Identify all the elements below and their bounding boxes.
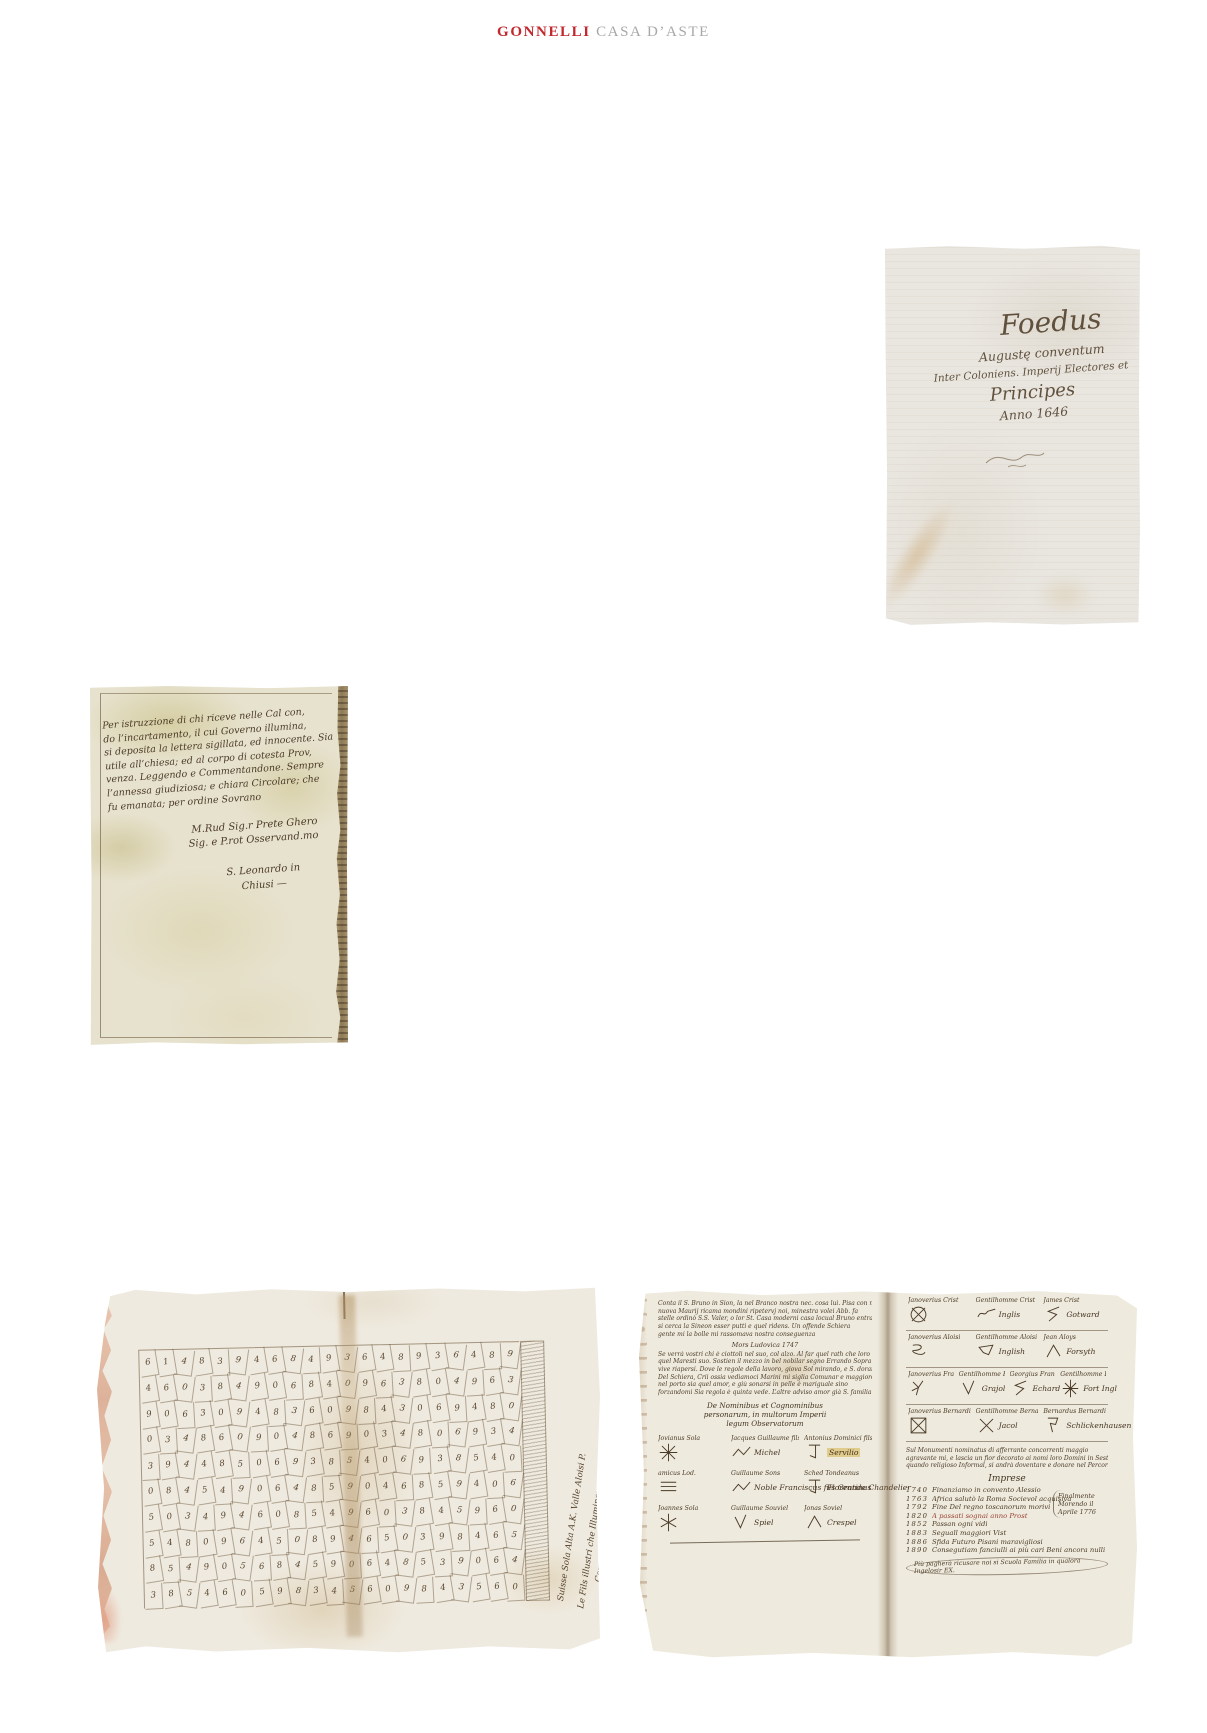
- table-cell: 0: [506, 1575, 526, 1602]
- table-cell: 6: [252, 1555, 272, 1582]
- symbol-row: Janoverius AloisiGentilhomme AloisiIngli…: [908, 1334, 1106, 1362]
- xbox-constellation-icon: [908, 1415, 929, 1436]
- xcircle-constellation-icon: [908, 1304, 929, 1325]
- heading-line: personarum, in multorum Imperii: [658, 1410, 872, 1419]
- handwriting-line: Sul Monumenti nominatus di afferrante co…: [906, 1447, 1108, 1455]
- table-cell: 5: [233, 1554, 254, 1582]
- entry-label: Florentinus: [827, 1483, 871, 1492]
- entry-glyph-line: Noble Franciscus fils Grande Chandelier: [731, 1477, 799, 1498]
- symbol-row: Janoverius BernardiGentilhomme BernardiJ…: [908, 1408, 1106, 1436]
- handwriting-line: si cerca la Sineon esser putti e quel ri…: [658, 1323, 872, 1331]
- foedus-line: Foedus: [975, 300, 1126, 343]
- entry-name: Jean Aloys: [1043, 1334, 1106, 1341]
- entry-glyph-line: [658, 1477, 726, 1498]
- genealogy-entry: Gentilhomme BernardiJacol: [976, 1408, 1039, 1436]
- entry-name: Jonas Soviel: [804, 1505, 872, 1512]
- table-cell: 0: [503, 1496, 524, 1524]
- entry-label: Forsyth: [1066, 1347, 1095, 1356]
- handwriting-line: stelle ordinò S.S. Valer, o lor St. Casa…: [658, 1315, 872, 1323]
- entry-name: Antonius Dominici fils: [804, 1435, 872, 1442]
- jshape-constellation-icon: [804, 1442, 825, 1463]
- letter-handwriting-block: Per istruzzione di chi riceve nelle Cal …: [102, 705, 326, 903]
- genealogy-entry: Guillaume SouvielSpiel: [731, 1505, 799, 1533]
- note-line: Morendo il: [1058, 1500, 1108, 1508]
- section-heading: De Nominibus et Cognominibuspersonarum, …: [658, 1401, 872, 1428]
- jshape-constellation-icon: [804, 1477, 825, 1498]
- genealogy-entry: Antonius Dominici filsServilio: [804, 1435, 872, 1463]
- year-value: 1740: [906, 1486, 932, 1495]
- year-value: 1820: [906, 1512, 932, 1521]
- year-row: 1852Passan ogni vidi: [906, 1520, 1108, 1529]
- paper-stain: [1035, 575, 1095, 615]
- entry-label: Servilio: [827, 1448, 860, 1457]
- entry-label: Inglis: [999, 1310, 1021, 1319]
- register-paragraph: Sul Monumenti nominatus di afferrante co…: [906, 1447, 1108, 1470]
- entry-label: Jacol: [999, 1421, 1018, 1430]
- table-cell: 3: [500, 1367, 521, 1395]
- foedus-handwriting-block: FoedusAugustę conventumInter Coloniens. …: [929, 300, 1131, 427]
- photo-account-table-sheet: 6148394684936489364894603849068409638049…: [95, 1287, 600, 1653]
- table-cell: 9: [500, 1341, 521, 1369]
- entry-glyph-line: Jacol: [976, 1415, 1039, 1436]
- entry-name: Bernardus Bernardi: [1043, 1408, 1106, 1415]
- handwriting-line: Del Schiera, Crii ossia vediamoci Marini…: [658, 1374, 872, 1382]
- entry-glyph-line: [908, 1304, 971, 1325]
- entry-label: Schlickenhausen: [1066, 1421, 1131, 1430]
- genealogy-entry: Janoverius Aloisi: [908, 1334, 971, 1362]
- table-cell: 0: [503, 1446, 523, 1473]
- entry-name: amicus Lod.: [658, 1470, 726, 1477]
- letter-body: Per istruzzione di chi riceve nelle Cal …: [102, 705, 320, 815]
- year-text: Consegutiam fanciulli ai più cari Beni a…: [932, 1546, 1108, 1555]
- entry-name: Gentilhomme Franci: [1060, 1371, 1106, 1378]
- genealogy-entry: Jovianus Sola: [658, 1435, 726, 1463]
- table-cell: 4: [446, 1368, 467, 1396]
- snow-constellation-icon: [658, 1512, 679, 1533]
- years-list: 1740Finanziamo in convento Alessio1763Af…: [906, 1486, 1108, 1555]
- entry-name: Gentilhomme Aloisi: [976, 1334, 1039, 1341]
- handwriting-line: quando religioso Informal, si andrà dove…: [906, 1462, 1108, 1470]
- year-value: 1852: [906, 1520, 932, 1529]
- entry-glyph-line: Forsyth: [1043, 1341, 1106, 1362]
- table-cell: 9: [431, 1523, 453, 1551]
- genealogy-entry: Janoverius Crist: [908, 1297, 971, 1325]
- entry-name: Gentilhomme Franci: [959, 1371, 1005, 1378]
- year-row: 1890Consegutiam fanciulli ai più cari Be…: [906, 1546, 1108, 1555]
- lshape-constellation-icon: [1043, 1415, 1064, 1436]
- binding-edge: [334, 686, 348, 1046]
- year-value: 1763: [906, 1495, 932, 1504]
- year-text: Sfida Futuro Pisani maravigliosi: [932, 1538, 1108, 1547]
- entry-glyph-line: [908, 1378, 954, 1399]
- genealogy-entry: Sched TondeanusFlorentinus: [804, 1470, 872, 1498]
- table-cell: 6: [503, 1470, 524, 1498]
- table-cell: 8: [411, 1420, 433, 1448]
- imprese-heading: Imprese: [906, 1474, 1108, 1484]
- numeric-table-grid: 6148394684936489364894603849068409638049…: [138, 1341, 525, 1609]
- handwriting-line: gente mi la bolle mi rassomava nostra co…: [658, 1331, 872, 1339]
- paper-stain: [885, 494, 964, 616]
- symbol-row: amicus Lod.Guillaume SonsNoble Franciscu…: [658, 1470, 872, 1498]
- handwriting-line: agravante mi, e lascia un fior decorato …: [906, 1455, 1108, 1463]
- marginal-note: FinalmenteMorendo ilAprile 1776: [1053, 1490, 1108, 1518]
- entry-label: Echard: [1033, 1384, 1061, 1393]
- genealogy-entry: Guillaume SonsNoble Franciscus fils Gran…: [731, 1470, 799, 1498]
- entry-glyph-line: Spiel: [731, 1512, 799, 1533]
- entry-name: Sched Tondeanus: [804, 1470, 872, 1477]
- year-text: Passan ogni vidi: [932, 1520, 1108, 1529]
- entry-name: Guillaume Sons: [731, 1470, 799, 1477]
- photo-foedus-manuscript: FoedusAugustę conventumInter Coloniens. …: [885, 245, 1140, 626]
- entry-glyph-line: Michel: [731, 1442, 799, 1463]
- photo-register-spread: Conta il S. Bruno in Sion, la nel Branco…: [638, 1290, 1137, 1658]
- hatch-constellation-icon: [658, 1477, 679, 1498]
- handwriting-line: Conta il S. Bruno in Sion, la nel Branco…: [658, 1300, 872, 1308]
- table-cell: 5: [232, 1452, 252, 1479]
- genealogy-entry: James CristGotward: [1043, 1297, 1106, 1325]
- table-cell: 0: [235, 1581, 255, 1608]
- year-value: 1890: [906, 1546, 932, 1555]
- entry-glyph-line: Grajol: [959, 1378, 1005, 1399]
- heading-line: legum Observatorum: [658, 1419, 872, 1428]
- table-cell: 5: [414, 1549, 436, 1577]
- brand-suffix: CASA D’ASTE: [596, 24, 710, 40]
- note-line: Finalmente: [1058, 1492, 1108, 1500]
- rotated-annotation-lines: Suisse Sola Alta A.K. Valle Aloisi P.Le …: [95, 1287, 596, 1293]
- table-cell: 4: [286, 1475, 307, 1503]
- entry-glyph-line: [658, 1442, 726, 1463]
- closing-rule: [670, 1539, 860, 1543]
- register-left-page: Conta il S. Bruno in Sion, la nel Branco…: [650, 1296, 876, 1650]
- table-cell: 4: [504, 1548, 525, 1576]
- handwriting-line: Se verrà vostri chi è ciottoli nel suo, …: [658, 1351, 872, 1359]
- hook-constellation-icon: [1010, 1378, 1031, 1399]
- entry-glyph-line: [908, 1415, 971, 1436]
- genealogy-entry: Jean AloysForsyth: [1043, 1334, 1106, 1362]
- deckled-edge-corner: [95, 1587, 121, 1642]
- entry-label: Michel: [754, 1448, 780, 1457]
- symbol-row: Janoverius CristGentilhomme CristInglisJ…: [908, 1297, 1106, 1325]
- table-cell: 5: [504, 1522, 525, 1550]
- entry-label: Grajol: [982, 1384, 1006, 1393]
- table-sheet-inner: 6148394684936489364894603849068409638049…: [95, 1287, 600, 1653]
- trap-constellation-icon: [976, 1341, 997, 1362]
- table-cell: 4: [247, 1398, 269, 1426]
- genealogy-entry: Jonas SovielCrespel: [804, 1505, 872, 1533]
- photo-letter-manuscript: Per istruzzione di chi riceve nelle Cal …: [90, 686, 348, 1046]
- genealogy-entry: Jacques Guillaume filsMichel: [731, 1435, 799, 1463]
- entry-name: Janoverius Aloisi: [908, 1334, 971, 1341]
- entry-glyph-line: Fort Ingl: [1060, 1378, 1106, 1399]
- register-row: Janoverius CristGentilhomme CristInglisJ…: [906, 1294, 1108, 1331]
- entry-label: Fort Ingl: [1083, 1384, 1117, 1393]
- angle-constellation-icon: [804, 1512, 825, 1533]
- handwriting-line: quel Maresti suo. Sostien il mezzo in be…: [658, 1358, 872, 1366]
- table-cell: 0: [230, 1425, 251, 1453]
- center-note-line: Mors Ludovica 1747: [658, 1341, 872, 1349]
- dense-annotation-column: [520, 1341, 550, 1601]
- symbol-row: Jovianus SolaJacques Guillaume filsMiche…: [658, 1435, 872, 1463]
- genealogy-entry: Gentilhomme FranciFort Ingl: [1060, 1371, 1106, 1399]
- entry-name: James Crist: [1043, 1297, 1106, 1304]
- entry-name: Janoverius Crist: [908, 1297, 971, 1304]
- table-cell: 6: [428, 1394, 450, 1422]
- entry-glyph-line: Inglish: [976, 1341, 1039, 1362]
- genealogy-entry: Janoverius Bernardi: [908, 1408, 971, 1436]
- entry-glyph-line: [908, 1341, 971, 1362]
- genealogy-entry: Janoverius Franci: [908, 1371, 954, 1399]
- table-cell: 9: [249, 1426, 269, 1453]
- entry-name: Georgius Franci: [1010, 1371, 1056, 1378]
- genealogy-entry: Joannes Sola: [658, 1505, 726, 1533]
- year-value: 1792: [906, 1503, 932, 1512]
- letter-salutation: M.Rud Sig.r Prete GheroSig. e P.rot Osse…: [110, 815, 323, 858]
- xmark-constellation-icon: [976, 1415, 997, 1436]
- year-text: Seguall maggiori Vist: [932, 1529, 1108, 1538]
- table-cell: 9: [413, 1448, 433, 1475]
- table-cell: 5: [449, 1497, 470, 1525]
- catalog-page: { "header": { "brand": "GONNELLI", "suff…: [0, 0, 1207, 1733]
- angle-constellation-icon: [1043, 1341, 1064, 1362]
- entry-name: Gentilhomme Crist: [976, 1297, 1039, 1304]
- table-cell: 0: [268, 1501, 290, 1529]
- handwriting-line: nuova Maurij ricama mondini ripetervj no…: [658, 1308, 872, 1316]
- cluster-constellation-icon: [908, 1378, 929, 1399]
- year-row: 1886Sfida Futuro Pisani maravigliosi: [906, 1538, 1108, 1547]
- register-row: Janoverius AloisiGentilhomme AloisiIngli…: [906, 1331, 1108, 1368]
- knot-constellation-icon: [908, 1341, 929, 1362]
- deckled-edge-right: [1113, 1292, 1137, 1654]
- dots-constellation-icon: [731, 1477, 752, 1498]
- burst-constellation-icon: [658, 1442, 679, 1463]
- entry-glyph-line: Crespel: [804, 1512, 872, 1533]
- entry-name: Guillaume Souviel: [731, 1505, 799, 1512]
- handwriting-line: forzandomi Sia regola è quinta vede. L’a…: [658, 1389, 872, 1397]
- center-fold-shadow: [878, 1290, 898, 1658]
- torn-edge-left: [638, 1294, 647, 1646]
- entry-glyph-line: Florentinus: [804, 1477, 872, 1498]
- genealogy-entry: amicus Lod.: [658, 1470, 726, 1498]
- entry-glyph-line: Schlickenhausen: [1043, 1415, 1106, 1436]
- register-row: Janoverius BernardiGentilhomme BernardiJ…: [906, 1405, 1108, 1442]
- entry-label: Crespel: [827, 1518, 857, 1527]
- handwriting-line: nel porto sia quel amor, e giù sonarsi i…: [658, 1381, 872, 1389]
- genealogy-entry: Bernardus BernardiSchlickenhausen: [1043, 1408, 1106, 1436]
- handwriting-line: vive riapersi. Dove le regole della lavo…: [658, 1366, 872, 1374]
- entry-name: Janoverius Bernardi: [908, 1408, 971, 1415]
- symbol-row: Janoverius FranciGentilhomme FranciGrajo…: [908, 1371, 1106, 1399]
- entry-name: Jacques Guillaume fils: [731, 1435, 799, 1442]
- entry-label: Inglish: [999, 1347, 1025, 1356]
- dots-constellation-icon: [731, 1442, 752, 1463]
- year-row: 1883Seguall maggiori Vist: [906, 1529, 1108, 1538]
- register-footer-line: Più pagherà ricusare noi si Scuola Famil…: [906, 1555, 1108, 1577]
- genealogy-entry: Gentilhomme FranciGrajol: [959, 1371, 1005, 1399]
- note-line: Aprile 1776: [1058, 1508, 1108, 1516]
- year-value: 1886: [906, 1538, 932, 1547]
- vshape-constellation-icon: [959, 1378, 980, 1399]
- hook-constellation-icon: [1043, 1304, 1064, 1325]
- heading-line: De Nominibus et Cognominibus: [658, 1401, 872, 1410]
- starx-constellation-icon: [1060, 1378, 1081, 1399]
- entry-name: Joannes Sola: [658, 1505, 726, 1512]
- table-cell: 8: [283, 1346, 304, 1374]
- table-cell: 0: [265, 1372, 287, 1400]
- table-cell: 8: [415, 1577, 435, 1604]
- register-right-page: Janoverius CristGentilhomme CristInglisJ…: [900, 1292, 1112, 1654]
- entry-name: Gentilhomme Bernardi: [976, 1408, 1039, 1415]
- table-cell: 4: [501, 1419, 522, 1447]
- symbol-row: Joannes SolaGuillaume SouvielSpielJonas …: [658, 1505, 872, 1533]
- register-row: Janoverius FranciGentilhomme FranciGrajo…: [906, 1368, 1108, 1405]
- entry-glyph-line: Servilio: [804, 1442, 872, 1463]
- zigzag-constellation-icon: [976, 1304, 997, 1325]
- entry-label: Spiel: [754, 1518, 773, 1527]
- entry-glyph-line: Gotward: [1043, 1304, 1106, 1325]
- brand-logo: GONNELLI: [497, 24, 591, 40]
- ink-flourish-mark: [980, 445, 1050, 471]
- entry-label: Gotward: [1066, 1310, 1099, 1319]
- table-cell: 4: [250, 1527, 272, 1555]
- vshape-constellation-icon: [731, 1512, 752, 1533]
- genealogy-entry: Georgius FranciEchard: [1010, 1371, 1056, 1399]
- page-header: GONNELLI CASA D’ASTE: [0, 24, 1207, 41]
- year-value: 1883: [906, 1529, 932, 1538]
- genealogy-entry: Gentilhomme AloisiInglish: [976, 1334, 1039, 1362]
- table-cell: 0: [501, 1393, 522, 1421]
- entry-glyph-line: [658, 1512, 726, 1533]
- genealogy-entry: Gentilhomme CristInglis: [976, 1297, 1039, 1325]
- entry-glyph-line: Echard: [1010, 1378, 1056, 1399]
- entry-name: Jovianus Sola: [658, 1435, 726, 1442]
- entry-name: Janoverius Franci: [908, 1371, 954, 1378]
- entry-glyph-line: Inglis: [976, 1304, 1039, 1325]
